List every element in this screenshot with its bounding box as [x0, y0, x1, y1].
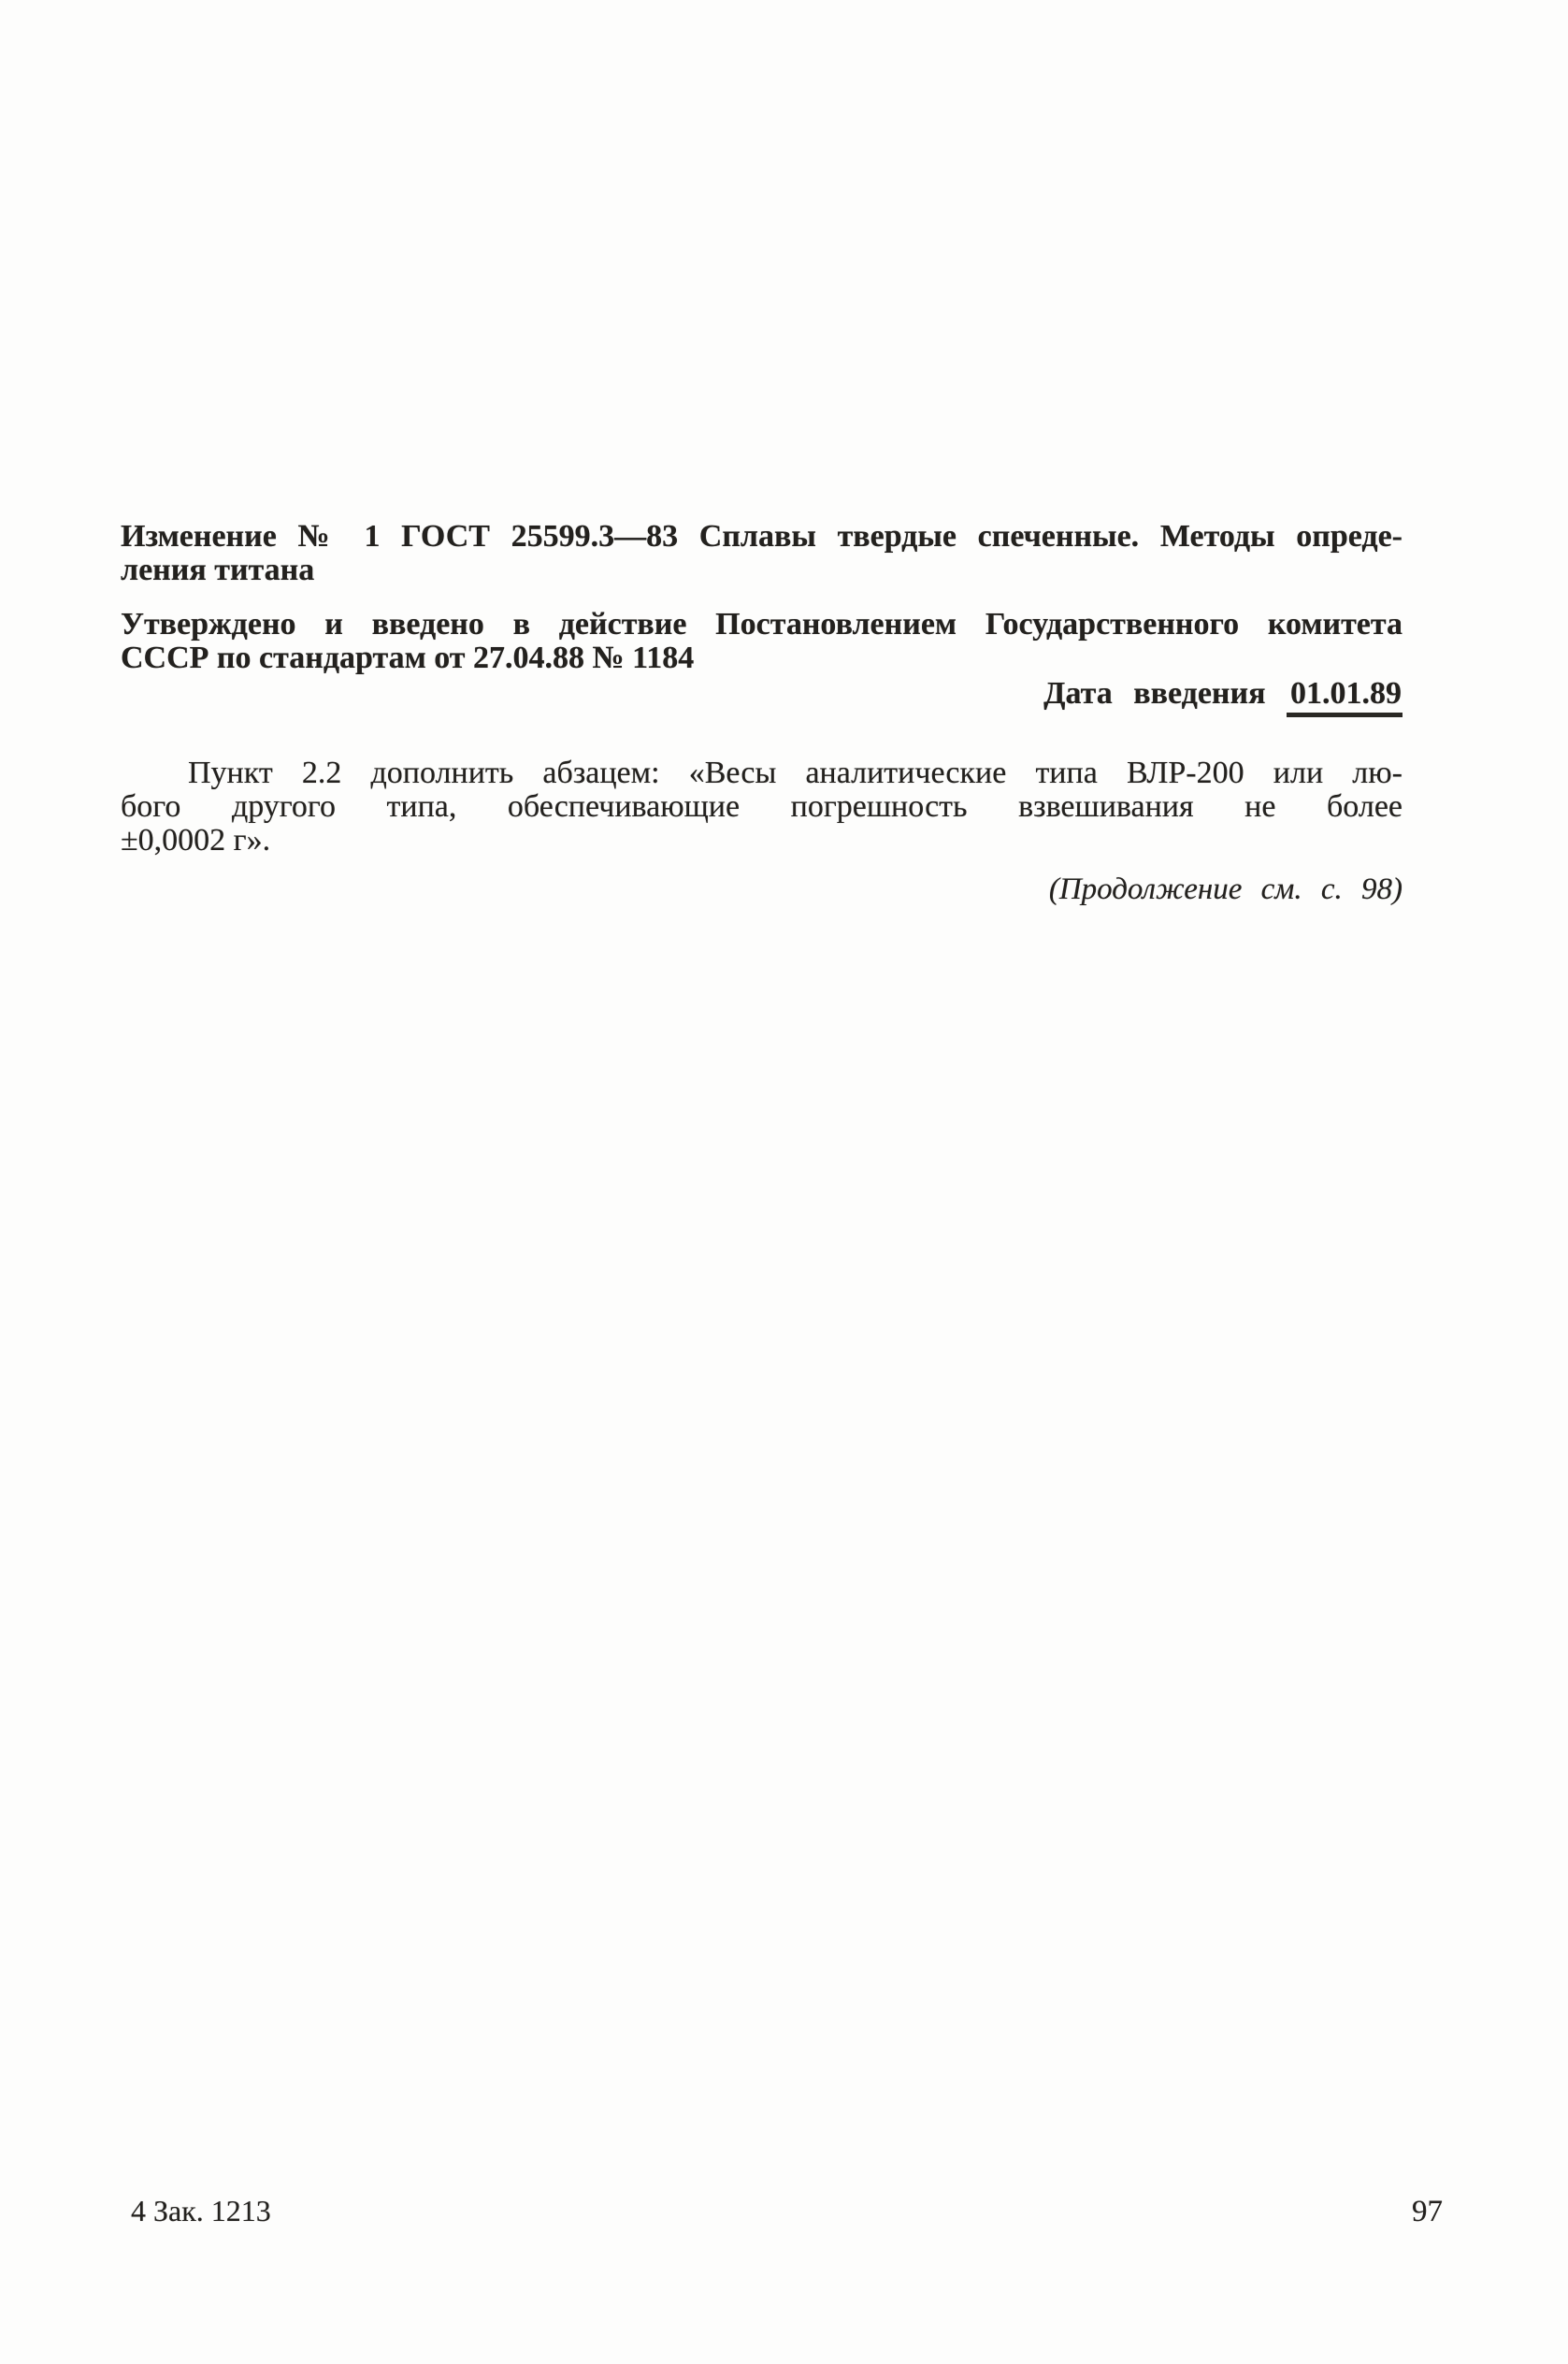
- effective-date-label: Дата введения: [1043, 676, 1265, 711]
- approval-statement-line-2: СССР по стандартам от 27.04.88 № 1184: [121, 641, 1403, 675]
- print-order-note: 4 Зак. 1213: [131, 2194, 271, 2228]
- approval-statement-line-1: Утверждено и введено в действие Постанов…: [121, 608, 1403, 641]
- approval-statement: Утверждено и введено в действие Постанов…: [121, 608, 1403, 675]
- document-title-line-1: Изменение № 1 ГОСТ 25599.3—83 Сплавы тве…: [121, 520, 1403, 554]
- effective-date-value: 01.01.89: [1287, 677, 1403, 717]
- continuation-note: (Продолжение см. с. 98): [121, 872, 1403, 906]
- document-title-line-2: ления титана: [121, 554, 1403, 587]
- amendment-paragraph-line-2: бого другого типа, обеспечивающие погреш…: [121, 790, 1403, 824]
- amendment-paragraph: Пункт 2.2 дополнить абзацем: «Весы анали…: [121, 757, 1403, 858]
- document-content: Изменение № 1 ГОСТ 25599.3—83 Сплавы тве…: [121, 520, 1403, 906]
- effective-date-line: Дата введения 01.01.89: [121, 677, 1403, 717]
- page-footer: 4 Зак. 1213 97: [131, 2194, 1443, 2229]
- scanned-document-page: Изменение № 1 ГОСТ 25599.3—83 Сплавы тве…: [0, 0, 1568, 2364]
- page-number: 97: [1412, 2195, 1443, 2229]
- amendment-paragraph-line-1: Пункт 2.2 дополнить абзацем: «Весы анали…: [121, 757, 1403, 790]
- document-title: Изменение № 1 ГОСТ 25599.3—83 Сплавы тве…: [121, 520, 1403, 587]
- amendment-paragraph-line-3: ±0,0002 г».: [121, 824, 1403, 858]
